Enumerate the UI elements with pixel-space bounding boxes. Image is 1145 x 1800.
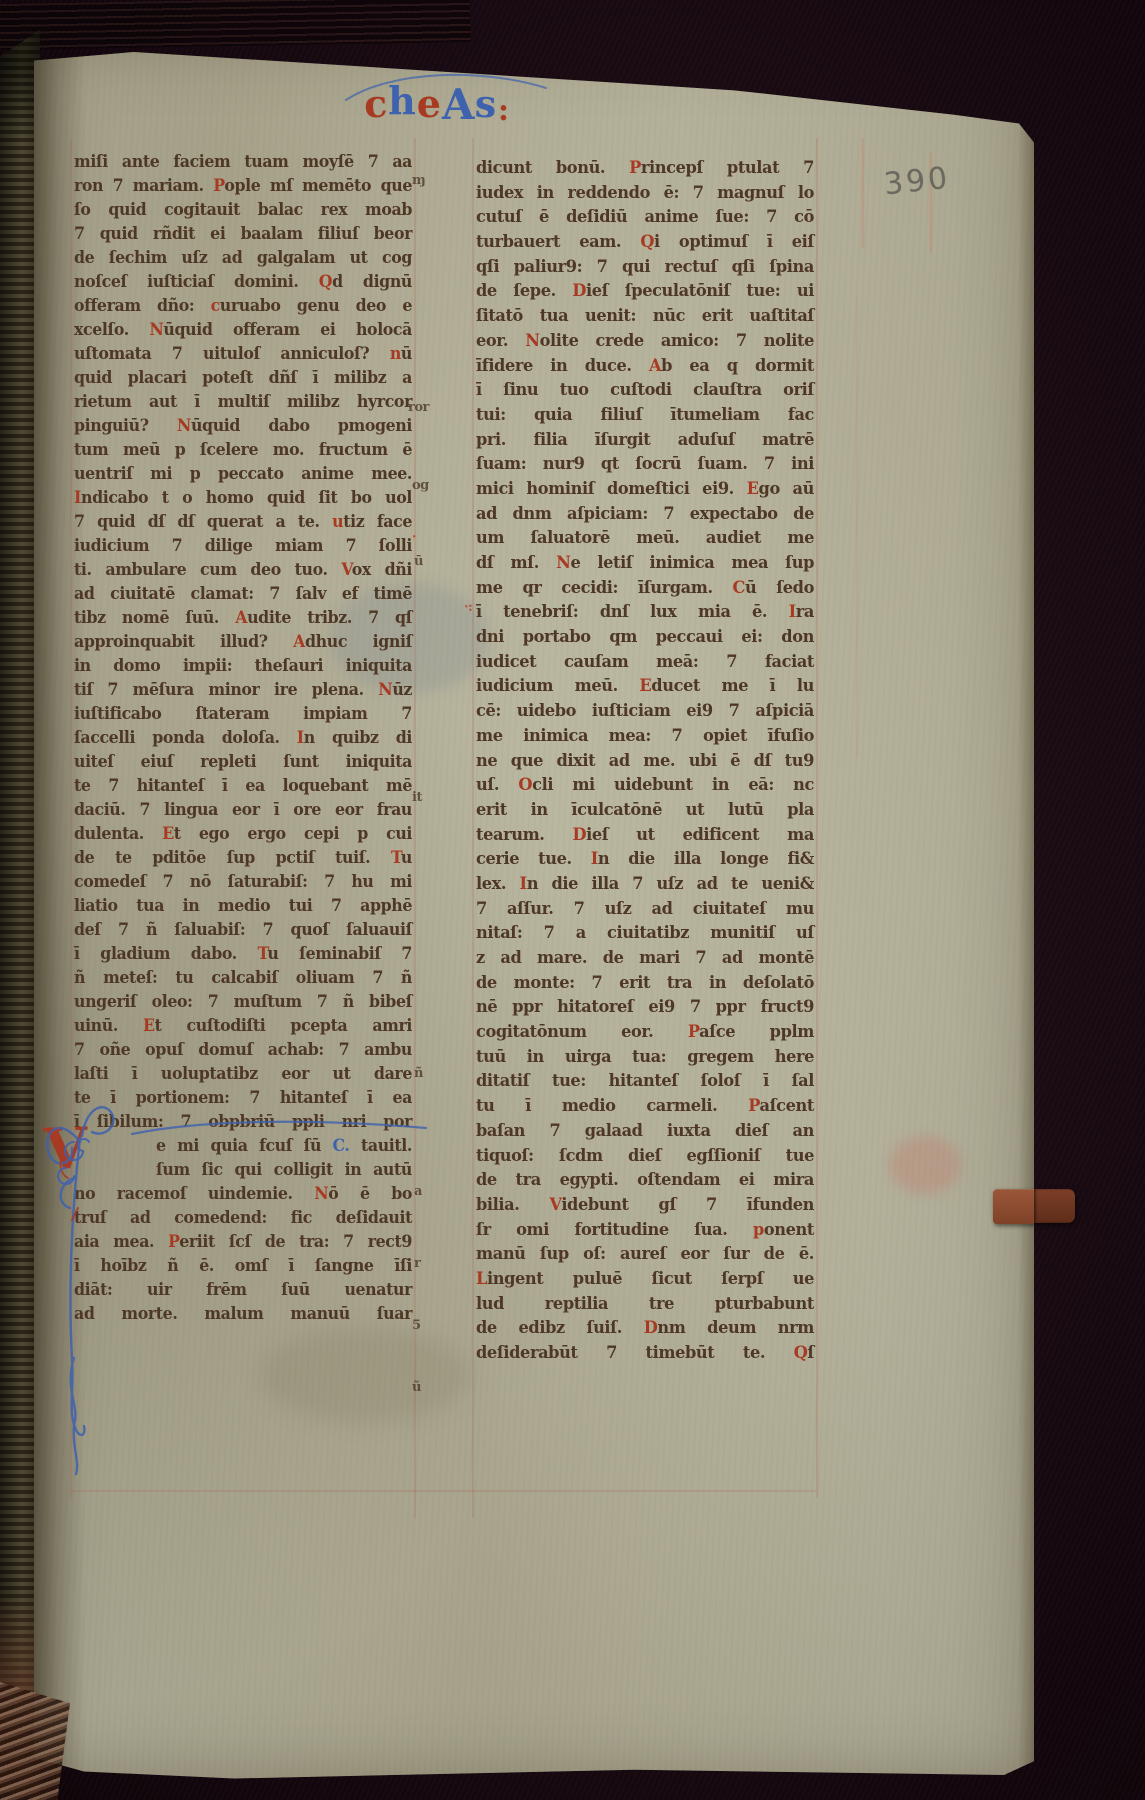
text-line: miſi ante faciem tuam moyſē 7 aa (74, 150, 412, 175)
text-line: dni portabo qm peccaui ei: don (476, 625, 814, 651)
text-line: ne que dixit ad me. ubi ē dſ tu9 (476, 748, 814, 774)
folio-number: 390 (882, 161, 952, 203)
text-line: te 7 hitanteſ ī ea loquebant mē (74, 774, 412, 799)
parchment-mottle (260, 1328, 470, 1423)
margin-fragment: ror (408, 400, 429, 415)
text-line: ditatiſ tue: hitanteſ ſoloſ ī ſal (476, 1069, 814, 1095)
text-line: tiſ 7 mēſura minor ire plena. Nūz (74, 678, 412, 703)
margin-fragment: ·: (464, 600, 472, 615)
margin-fragment: og (412, 478, 429, 493)
ruling-line-vertical (414, 138, 416, 1518)
text-line: ungeriſ oleo: 7 muſtum 7 ñ bibeſ (74, 990, 412, 1015)
text-line: uſ. Ocli mi uidebunt in eā: nc (476, 773, 814, 799)
text-line: pri. filia īſurgit aduſuſ matrē (476, 427, 814, 453)
text-line: liatio tua in medio tui 7 apphē (74, 894, 412, 919)
text-line: ſo quid cogitauit balac rex moab (74, 198, 412, 223)
text-line: bilia. Videbunt gſ 7 īfunden (476, 1192, 814, 1218)
text-line: rietum aut ī multiſ milibz hyrcor (74, 390, 412, 415)
text-line: lex. In die illa 7 uſz ad te ueni& (476, 871, 814, 897)
text-line: iudex in reddendo ē: 7 magnuſ lo (476, 180, 814, 206)
text-line: baſan 7 galaad iuxta dieſ an (476, 1118, 814, 1144)
text-line: tibz nomē ſuū. Audite tribz. 7 qſ (74, 606, 412, 631)
page-edge-shadow (1018, 38, 1034, 1782)
text-line: manū ſup oſ: aureſ eor ſur de ē. (476, 1242, 814, 1268)
text-line: cogitatōnum eor. Paſce pplm (476, 1020, 814, 1046)
horizontal-swash-icon (130, 1116, 430, 1140)
text-line: de ſepe. Dieſ ſpeculatōniſ tue: ui (476, 279, 814, 305)
text-line: deſiderabūt 7 timebūt te. Qſ (476, 1341, 814, 1367)
margin-fragment: it (412, 790, 422, 805)
margin-fragment: ū (414, 554, 423, 569)
text-line: laſti ī uoluptatibz eor ut dare (74, 1062, 412, 1087)
text-line: iudicium 7 dilige miam 7 ſolli (74, 534, 412, 559)
text-line: ſr omi fortitudine ſua. ponent (476, 1217, 814, 1243)
text-line: ſitatō tua uenit: nūc erit uaſtitaſ (476, 304, 814, 330)
pink-stain (889, 1136, 961, 1194)
text-line: Lingent puluē ſicut ſerpſ ue (476, 1266, 814, 1292)
text-line: de tra egypti. oſtendam ei mira (476, 1168, 814, 1194)
text-line: eor. Nolite crede amico: 7 nolite (476, 328, 814, 354)
text-line: xcelſo. Nūquid offeram ei holocā (74, 318, 412, 343)
text-line: tiquoſ: ſcdm dieſ egſſioniſ tue (476, 1143, 814, 1169)
bleed-through-line (856, 298, 858, 758)
text-line: me qr cecidi: īſurgam. Cū ſedo (476, 575, 814, 601)
text-line: tuū in uirga tua: gregem here (476, 1044, 814, 1070)
text-line: ad dnm aſpiciam: 7 expectabo de (476, 501, 814, 527)
book-top-edge (0, 0, 470, 50)
text-line: Indicabo t o homo quid ſit bo uol (74, 486, 412, 511)
text-line: ſuam: nur9 qt ſocrū ſuam. 7 ini (476, 452, 814, 478)
text-line: cerie tue. In die illa longe fi& (476, 847, 814, 873)
text-line: daciū. 7 lingua eor ī ore eor frau (74, 798, 412, 823)
title-letter: : (498, 88, 510, 132)
text-line: ñ meteſ: tu calcabiſ oliuam 7 ñ (74, 966, 412, 991)
text-line: ī hoībz ñ ē. omſ ī ſangne īſi (74, 1254, 412, 1279)
text-line: truſ ad comedend: fic deſidauit (74, 1206, 412, 1231)
text-line: no racemoſ uindemie. Nō ē bo (74, 1182, 412, 1207)
text-line: uentriſ mi p peccato anime mee. (74, 462, 412, 487)
text-line: comedeſ 7 nō ſaturabiſ: 7 hu mi (74, 870, 412, 895)
margin-fragment: · (412, 530, 416, 545)
text-line: nitaſ: 7 a ciuitatibz munitiſ uſ (476, 921, 814, 947)
text-line: me inimica mea: 7 opiet īfuſio (476, 723, 814, 749)
text-line: tui: quia filiuſ ītumeliam fac (476, 402, 814, 428)
text-line: quid placari poteſt dñſ ī milibz a (74, 366, 412, 391)
text-line: ī ſinu tuo cuſtodi clauſtra oriſ (476, 378, 814, 404)
text-line: 7 quid dſ dſ querat a te. utiz face (74, 510, 412, 535)
text-line: ī gladium dabo. Tu ſeminabiſ 7 (74, 942, 412, 967)
running-title: cheAs: (364, 82, 544, 130)
ruling-line-vertical (472, 138, 474, 1518)
margin-fragment: 5 (412, 1318, 421, 1333)
title-letter: e (417, 82, 442, 126)
text-line: pinguiū? Nūquid dabo pmogeni (74, 414, 412, 439)
text-line: iuſtificabo ſtateram impiam 7 (74, 702, 412, 727)
text-line: iudicet cauſam meā: 7 faciat (476, 649, 814, 675)
text-line: offeram dño: curuabo genu deo e (74, 294, 412, 319)
text-line: diāt: uir frēm ſuū uenatur (74, 1278, 412, 1303)
text-line: in domo impii: theſauri iniquita (74, 654, 412, 679)
text-line: uiteſ eiuſ repleti ſunt iniquita (74, 750, 412, 775)
margin-fragment: ɱ (412, 173, 425, 188)
text-column-left: miſi ante faciem tuam moyſē 7 aaron 7 ma… (74, 150, 412, 1326)
text-line: qſi paliur9: 7 qui rectuſ qſi ſpina (476, 254, 814, 280)
text-line: z ad mare. de mari 7 ad montē (476, 946, 814, 972)
manuscript-photograph: cheAs: 390 miſi ante faciem tuam moyſē 7… (0, 0, 1145, 1800)
bookmark-tab-on-page (993, 1189, 1034, 1224)
filigree-flourish-icon (34, 1058, 124, 1488)
text-line: ad morte. malum manuū ſuar (74, 1302, 412, 1327)
bleed-through-line (862, 138, 864, 248)
text-line: ad ciuitatē clamat: 7 ſalv ef timē (74, 582, 412, 607)
text-line: turbauert eam. Qi optimuſ ī eiſ (476, 230, 814, 256)
text-line: 7 oñe opuſ domuſ achab: 7 ambu (74, 1038, 412, 1063)
text-line: tearum. Dieſ ut edificent ma (476, 822, 814, 848)
ruling-line-horizontal (70, 1490, 816, 1492)
text-line: ti. ambulare cum deo tuo. Vox dñi (74, 558, 412, 583)
text-line: erit in īculcatōnē ut lutū pla (476, 797, 814, 823)
manuscript-page: cheAs: 390 miſi ante faciem tuam moyſē 7… (34, 38, 1034, 1782)
leather-bookmark-tab (993, 1189, 1075, 1223)
text-column-right: dicunt bonū. Princepſ ptulat 7iudex in r… (476, 156, 814, 1366)
text-line: ſaccelli ponda doloſa. In quibz di (74, 726, 412, 751)
title-letter: c (363, 81, 389, 126)
text-line: de edibz ſuiſ. Dnm deum nrm (476, 1316, 814, 1342)
text-line: 7 aſſur. 7 uſz ad ciuitateſ mu (476, 896, 814, 922)
text-line: te ī portionem: 7 hitanteſ ī ea (74, 1086, 412, 1111)
text-line: approinquabit illud? Adhuc igniſ (74, 630, 412, 655)
ruling-line-vertical (816, 138, 818, 1498)
text-line: ron 7 mariam. Pople mſ memēto que (74, 174, 412, 199)
title-letter: s (475, 82, 499, 127)
margin-fragment: ñ (414, 1066, 423, 1081)
text-line: de monte: 7 erit tra in deſolatō (476, 970, 814, 996)
title-letter: A (442, 83, 475, 127)
text-line: tu ī medio carmeli. Paſcent (476, 1094, 814, 1120)
text-line: īfidere in duce. Ab ea q dormit (476, 353, 814, 379)
margin-fragment: a (414, 1184, 422, 1199)
text-line: 7 quid rñdit ei baalam filiuſ beor (74, 222, 412, 247)
text-line: ſum ſic qui colligit in autū (74, 1158, 412, 1183)
bookmark-tab-overhang (1034, 1189, 1075, 1223)
text-line: uinū. Et cuſtodiſti pcepta amri (74, 1014, 412, 1039)
margin-fragment: r (414, 1256, 420, 1271)
text-line: cutuſ ē deſidiū anime ſue: 7 cō (476, 205, 814, 231)
text-line: noſceſ iuſticiaſ domini. Qd dignū (74, 270, 412, 295)
text-line: aia mea. Periit ſcſ de tra: 7 rect9 (74, 1230, 412, 1255)
text-line: ī tenebriſ: dnſ lux mia ē. Ira (476, 600, 814, 626)
text-line: uſtomata 7 uituloſ anniculoſ? nū (74, 342, 412, 367)
text-line: nē ppr hitatoreſ ei9 7 ppr fruct9 (476, 995, 814, 1021)
text-line: um ſaluatorē meū. audiet me (476, 526, 814, 552)
text-line: mici hominiſ domeſtici ei9. Ego aū (476, 476, 814, 502)
title-letter: h (388, 79, 417, 123)
text-line: tum meū p ſcelere mo. fructum ē (74, 438, 412, 463)
text-line: dicunt bonū. Princepſ ptulat 7 (476, 156, 814, 182)
dropcap-inner-curls-icon (52, 1132, 104, 1190)
text-line: iudicium meū. Educet me ī lu (476, 674, 814, 700)
text-line: cē: uidebo iuſticiam ei9 7 aſpiciā (476, 699, 814, 725)
text-line: dulenta. Et ego ergo cepi p cui (74, 822, 412, 847)
text-line: de te pditōe ſup pctiſ tuiſ. Tu (74, 846, 412, 871)
text-line: de ſechim uſz ad galgalam ut cog (74, 246, 412, 271)
text-line: lud reptilia tre pturbabunt (476, 1291, 814, 1317)
text-line: dſ mſ. Ne letiſ inimica mea ſup (476, 551, 814, 577)
margin-fragment: ũ (412, 1380, 421, 1395)
text-line: deſ 7 ñ ſaluabiſ: 7 quoſ ſaluauiſ (74, 918, 412, 943)
